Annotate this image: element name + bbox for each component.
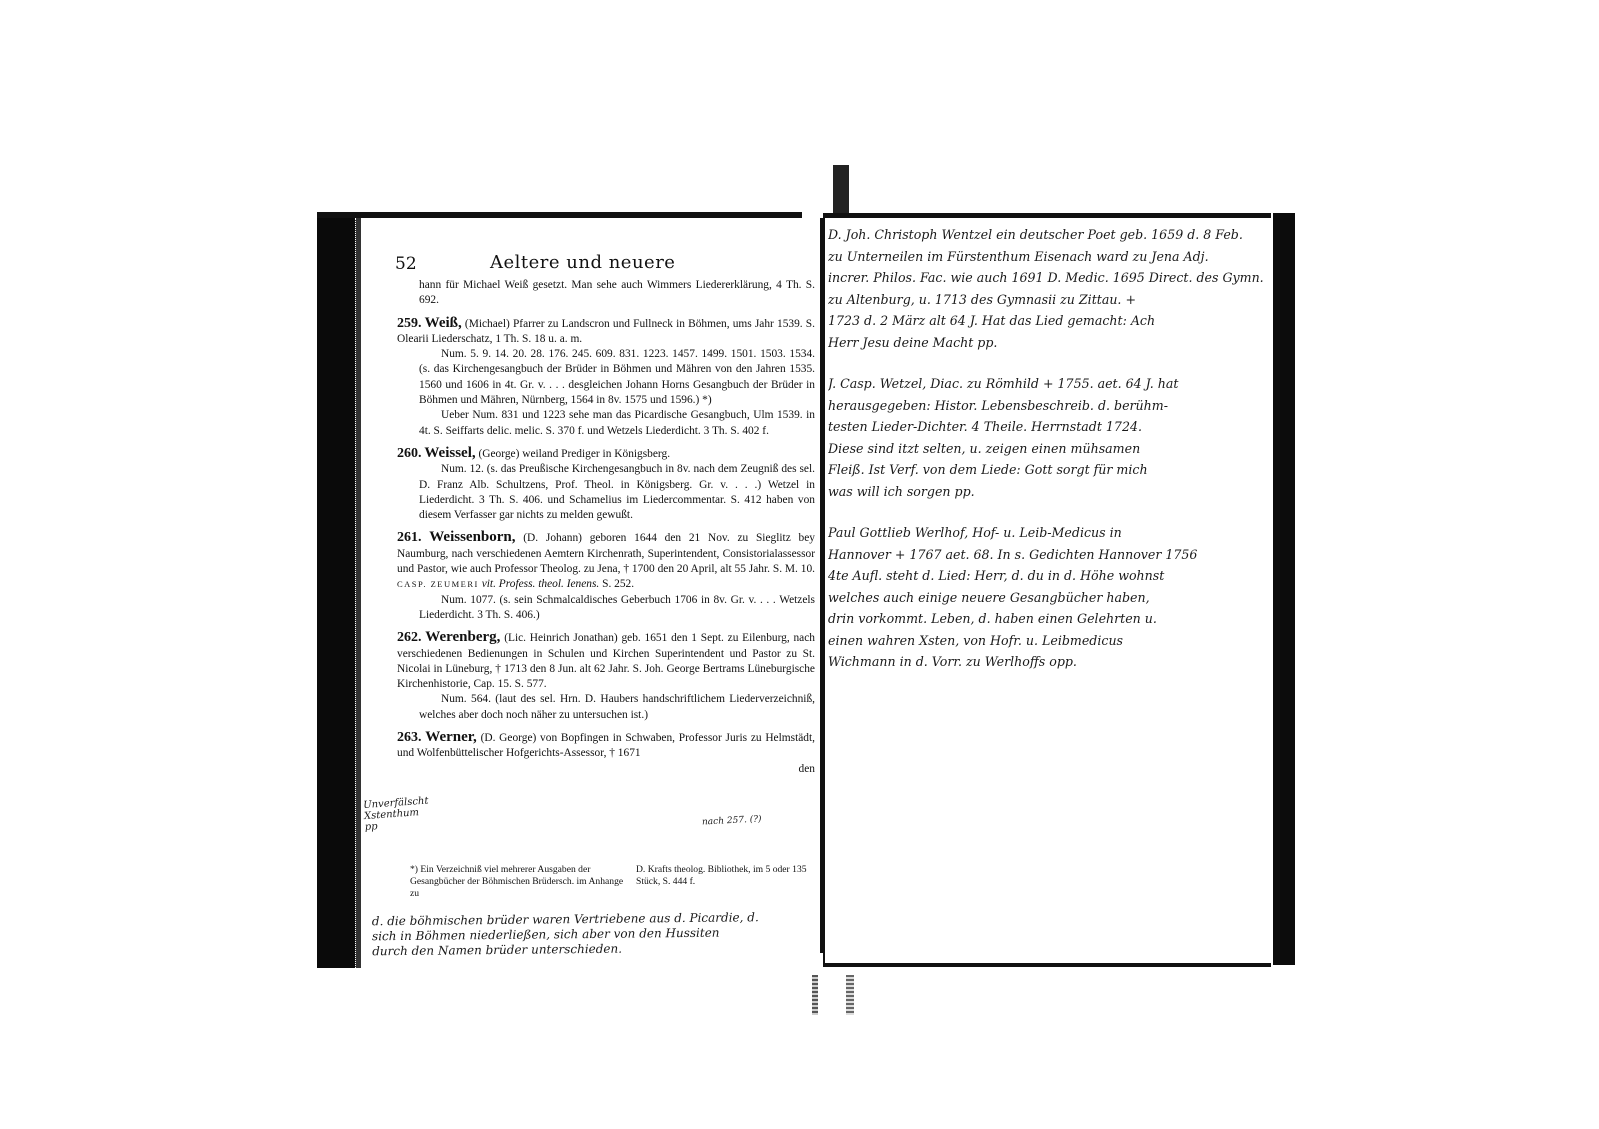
entry-261: 261. Weissenborn, (D. Johann) geboren 16… [397,530,815,623]
page-number: 52 [395,254,417,274]
entry-paragraph: Num. 564. (laut des sel. Hrn. D. Haubers… [397,692,815,723]
entry-paragraph: Ueber Num. 831 und 1223 sehe man das Pic… [397,408,815,439]
right-page-handwriting: D. Joh. Christoph Wentzel ein deutscher … [828,224,1268,693]
handwritten-line: einen wahren Xsten, von Hofr. u. Leibmed… [828,630,1268,652]
running-head: 52 Aeltere und neuere [395,252,815,276]
right-cover-edge [1273,213,1295,965]
entry-259: 259. Weiß, (Michael) Pfarrer zu Landscro… [397,316,815,439]
handwritten-line: Fleiß. Ist Verf. von dem Liede: Gott sor… [828,459,1268,481]
entry-number: 262. [397,630,422,645]
entry-number: 263. [397,730,422,745]
handwritten-line: J. Casp. Wetzel, Diac. zu Römhild + 1755… [828,373,1268,395]
handwritten-line: zu Altenburg, u. 1713 des Gymnasii zu Zi… [828,289,1268,311]
handwritten-line: 1723 d. 2 März alt 64 J. Hat das Lied ge… [828,310,1268,332]
scanned-book-spread: 52 Aeltere und neuere hann für Michael W… [0,0,1599,1129]
handwritten-note-werlhof: Paul Gottlieb Werlhof, Hof- u. Leib-Medi… [828,522,1268,673]
entry-name: Werenberg, [425,629,500,645]
left-page-stack-edge [355,218,361,968]
entry-number: 260. [397,446,422,461]
left-page-body: hann für Michael Weiß gesetzt. Man sehe … [397,278,815,777]
entry-number: 259. [397,316,422,331]
entry-number: 261. [397,530,422,545]
handwritten-line: Diese sind itzt selten, u. zeigen einen … [828,438,1268,460]
handwritten-line: herausgegeben: Histor. Lebensbeschreib. … [828,395,1268,417]
handwritten-line: Herr Jesu deine Macht pp. [828,332,1268,354]
entry-text: (George) weiland Prediger in Königsberg. [478,448,670,460]
handwritten-line: was will ich sorgen pp. [828,481,1268,503]
handwritten-line: zu Unterneilen im Fürstenthum Eisenach w… [828,246,1268,268]
handwritten-margin-note: Unverfälscht Xstenthum pp [363,796,425,833]
handwritten-bottom-note: d. die böhmischen brüder waren Vertriebe… [372,910,812,960]
spine-thread [846,975,854,1015]
handwritten-note-wentzel: D. Joh. Christoph Wentzel ein deutscher … [828,224,1268,353]
entry-260: 260. Weissel, (George) weiland Prediger … [397,446,815,523]
entry-paragraph: Num. 5. 9. 14. 20. 28. 176. 245. 609. 83… [397,347,815,408]
handwritten-line: D. Joh. Christoph Wentzel ein deutscher … [828,224,1268,246]
handwritten-line: increr. Philos. Fac. wie auch 1691 D. Me… [828,267,1268,289]
smallcaps-author: CASP. ZEUMERI [397,579,479,589]
handwritten-line: drin vorkommt. Leben, d. haben einen Gel… [828,608,1268,630]
entry-name: Weissel, [424,445,475,461]
footnote-column-1: *) Ein Verzeichniß viel mehrerer Ausgabe… [410,864,625,900]
entry-name: Weiß, [425,315,462,331]
footnote-column-2: D. Krafts theolog. Bibliothek, im 5 oder… [636,864,816,888]
entry-paragraph: Num. 1077. (s. sein Schmalcaldisches Geb… [397,593,815,624]
catchword: den [397,762,815,777]
handwritten-line: testen Lieder-Dichter. 4 Theile. Herrnst… [828,416,1268,438]
italic-title: vit. Profess. theol. Ienens. [482,578,600,590]
handwritten-line: 4te Aufl. steht d. Lied: Herr, d. du in … [828,565,1268,587]
right-page-inner-edge [823,218,825,963]
gutter-shadow [833,165,849,217]
continuation-text: hann für Michael Weiß gesetzt. Man sehe … [397,278,815,309]
entry-263: 263. Werner, (D. George) von Bopfingen i… [397,730,815,777]
entry-262: 262. Werenberg, (Lic. Heinrich Jonathan)… [397,630,815,723]
entry-text-tail: S. 252. [602,578,634,590]
spine-thread [812,975,818,1015]
entry-name: Werner, [425,729,477,745]
running-head-title: Aeltere und neuere [490,252,675,273]
handwritten-line: welches auch einige neuere Gesangbücher … [828,587,1268,609]
handwritten-line: Wichmann in d. Vorr. zu Werlhoffs opp. [828,651,1268,673]
handwritten-note-wetzel: J. Casp. Wetzel, Diac. zu Römhild + 1755… [828,373,1268,502]
handwritten-line: Hannover + 1767 aet. 68. In s. Gedichten… [828,544,1268,566]
entry-paragraph: Num. 12. (s. das Preußische Kirchengesan… [397,462,815,523]
entry-name: Weissenborn, [429,529,515,545]
handwritten-line: Paul Gottlieb Werlhof, Hof- u. Leib-Medi… [828,522,1268,544]
